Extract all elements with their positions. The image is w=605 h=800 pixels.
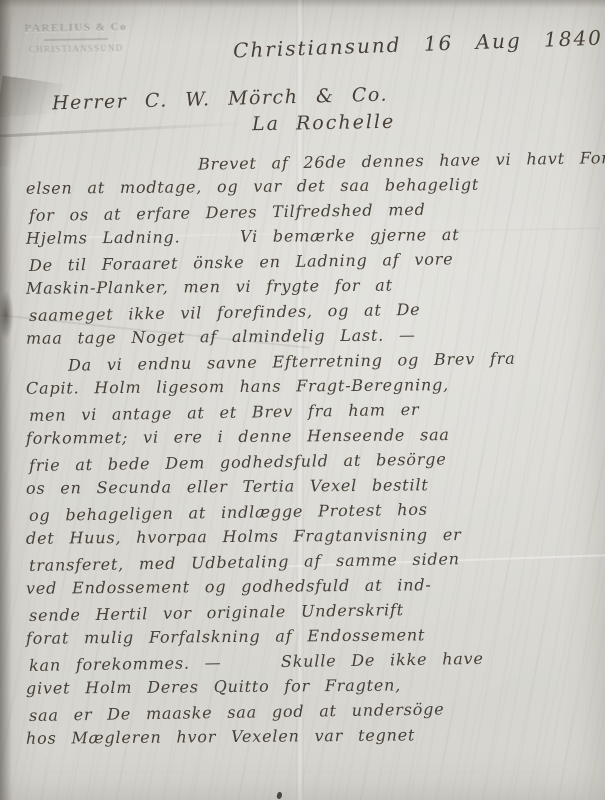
left-edge-shadow bbox=[0, 0, 12, 800]
recipient-name: Herrer C. W. Mörch & Co. bbox=[52, 84, 389, 115]
top-edge-shadow bbox=[0, 0, 605, 8]
letter-body: Brevet af 26de dennes have vi havt Fornö… bbox=[26, 148, 605, 748]
recipient-city: La Rochelle bbox=[252, 111, 396, 135]
ink-blot bbox=[276, 791, 283, 799]
letterhead-stamp: PARELIUS & Co CHRISTIANSSUND bbox=[16, 21, 137, 55]
date-line: Christiansund 16 Aug 1840 bbox=[233, 26, 604, 63]
scanned-letter-page: PARELIUS & Co CHRISTIANSSUND Christiansu… bbox=[0, 0, 605, 800]
letterhead-firm-name: PARELIUS & Co bbox=[16, 21, 136, 35]
horizontal-crease bbox=[0, 121, 250, 137]
letter-line: hos Mægleren hvor Vexelen var tegnet bbox=[26, 720, 605, 751]
letterhead-rule bbox=[44, 38, 108, 40]
letterhead-city: CHRISTIANSSUND bbox=[16, 43, 136, 55]
